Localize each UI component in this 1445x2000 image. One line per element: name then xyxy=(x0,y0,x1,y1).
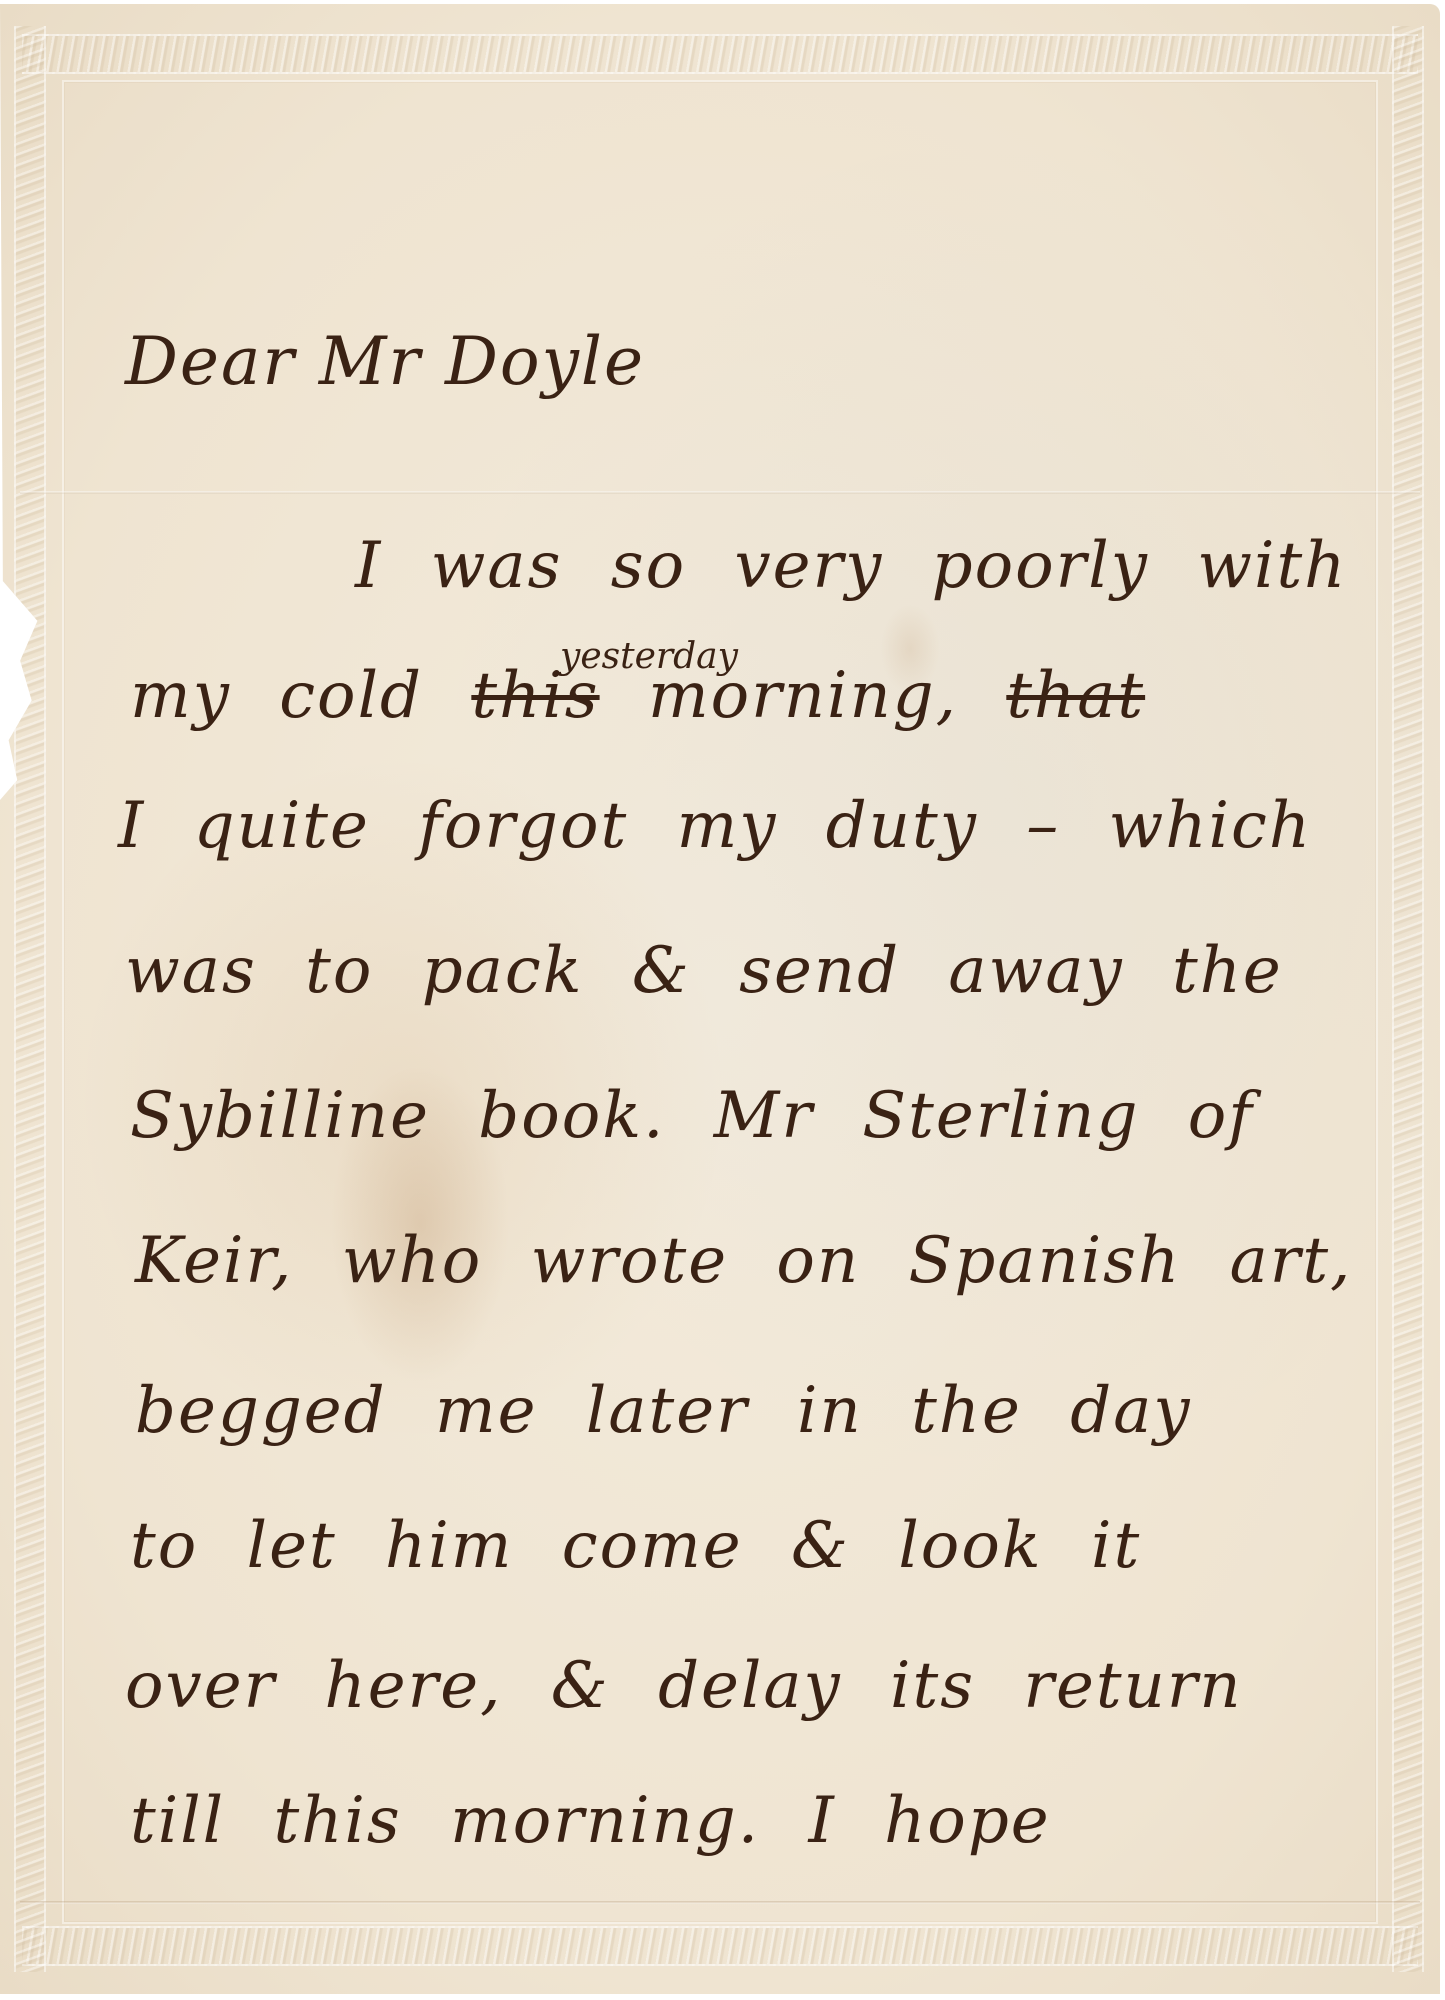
letter-line: Keir, who wrote on Spanish art, xyxy=(135,1229,1352,1293)
letter-line: I quite forgot my duty – which xyxy=(118,794,1312,858)
embossed-border-top xyxy=(22,34,1418,74)
letter-line: till this morning. I hope xyxy=(130,1789,1051,1853)
letter-line: Sybilline book. Mr Sterling of xyxy=(130,1084,1254,1148)
letter-line: was to pack & send away the xyxy=(125,939,1283,1003)
letter-line: I was so very poorly with xyxy=(355,534,1347,598)
struck-word: that xyxy=(1006,659,1145,733)
salutation: Dear Mr Doyle xyxy=(125,329,645,395)
letter-paper: Dear Mr Doyle I was so very poorly with … xyxy=(0,4,1440,1994)
fold-crease xyxy=(20,1901,1420,1904)
struck-word: this xyxy=(471,659,599,733)
embossed-border-bottom xyxy=(22,1926,1418,1966)
letter-line: over here, & delay its return xyxy=(125,1654,1243,1718)
letter-line: to let him come & look it xyxy=(130,1514,1141,1578)
embossed-border-right xyxy=(1392,26,1424,1972)
line-text: my cold xyxy=(130,659,471,733)
embossed-border-left xyxy=(14,26,46,1972)
fold-crease xyxy=(20,491,1420,494)
line-text: morning, xyxy=(600,659,1007,733)
letter-line: begged me later in the day xyxy=(135,1379,1192,1443)
letter-line: my cold this morning, that xyxy=(130,664,1145,728)
